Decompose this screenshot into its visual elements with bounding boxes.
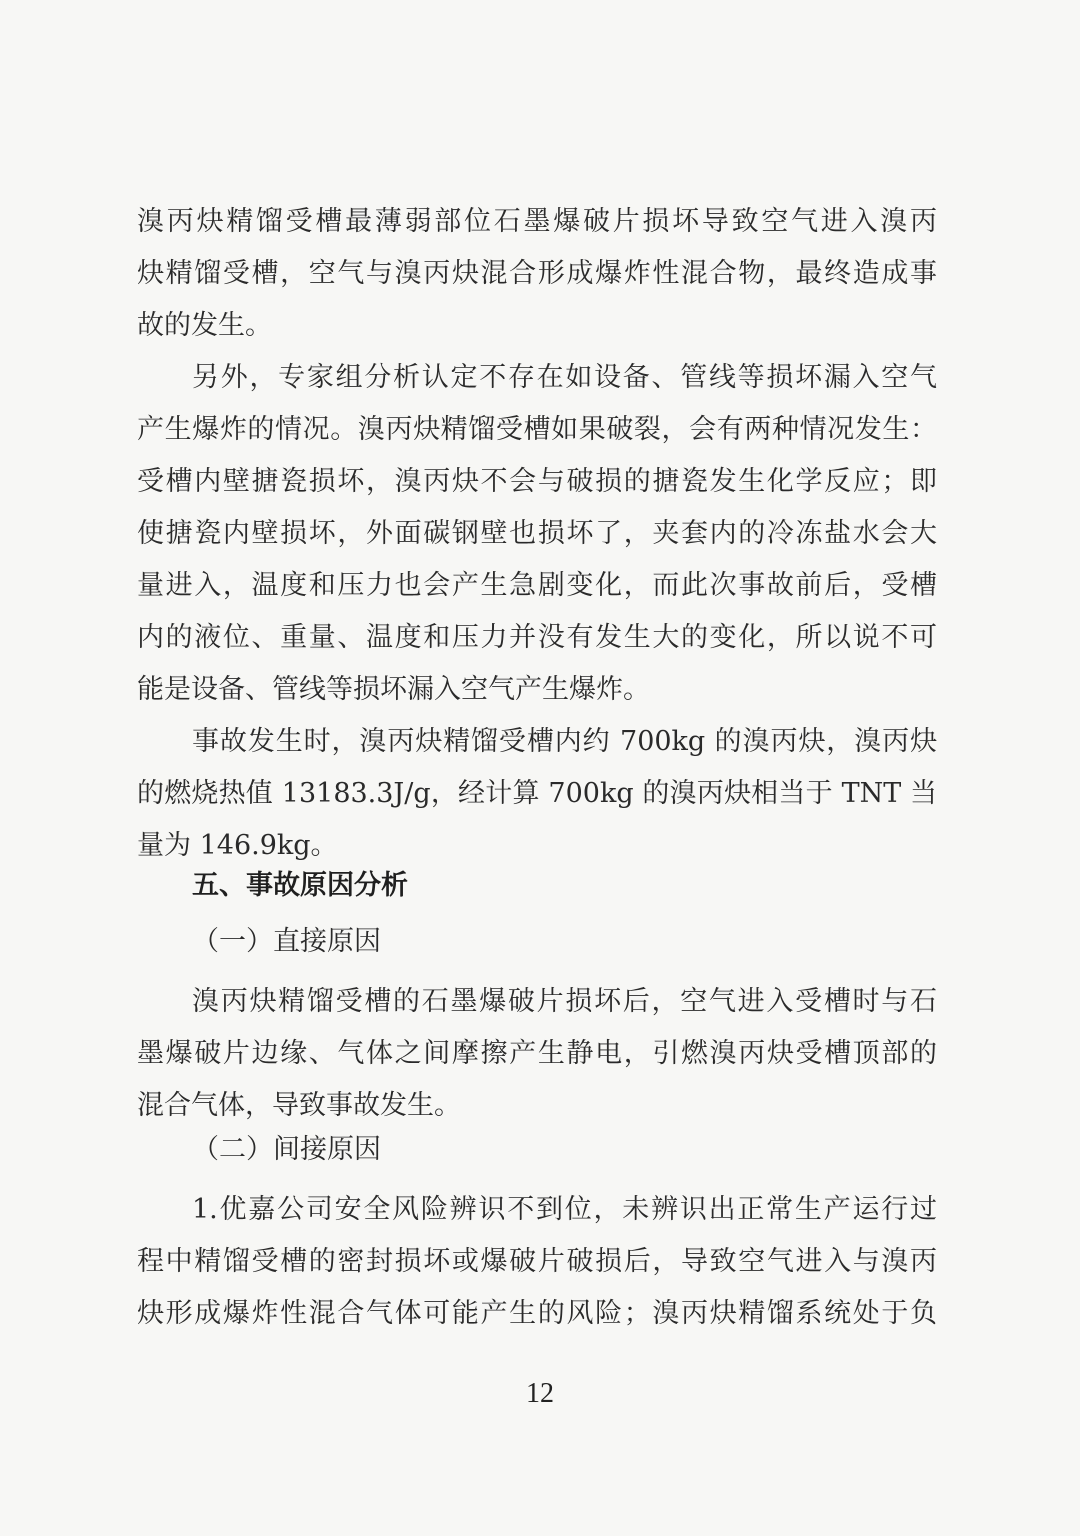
paragraph-3-line-3: 量为 146.9kg。: [137, 829, 937, 863]
paragraph-1-line-1: 溴丙炔精馏受槽最薄弱部位石墨爆破片损坏导致空气进入溴丙: [137, 205, 937, 239]
paragraph-2-line-2: 产生爆炸的情况。溴丙炔精馏受槽如果破裂，会有两种情况发生：: [137, 413, 937, 447]
direct-cause-line-3: 混合气体，导致事故发生。: [137, 1089, 937, 1123]
paragraph-2-line-3: 受槽内壁搪瓷损坏，溴丙炔不会与破损的搪瓷发生化学反应；即: [137, 465, 937, 499]
paragraph-1-line-3: 故的发生。: [137, 309, 937, 343]
direct-cause-heading: （一）直接原因: [192, 925, 381, 959]
indirect-cause-line-3: 炔形成爆炸性混合气体可能产生的风险；溴丙炔精馏系统处于负: [137, 1297, 937, 1331]
paragraph-2-line-1: 另外，专家组分析认定不存在如设备、管线等损坏漏入空气: [192, 361, 937, 395]
document-page: 溴丙炔精馏受槽最薄弱部位石墨爆破片损坏导致空气进入溴丙 炔精馏受槽，空气与溴丙炔…: [0, 0, 1080, 1536]
indirect-cause-heading: （二）间接原因: [192, 1133, 381, 1167]
paragraph-3-line-2: 的燃烧热值 13183.3J/g，经计算 700kg 的溴丙炔相当于 TNT 当: [137, 777, 937, 811]
direct-cause-line-2: 墨爆破片边缘、气体之间摩擦产生静电，引燃溴丙炔受槽顶部的: [137, 1037, 937, 1071]
page-number: 12: [0, 1378, 1080, 1410]
section-heading: 五、事故原因分析: [192, 869, 408, 903]
paragraph-2-line-4: 使搪瓷内壁损坏，外面碳钢壁也损坏了，夹套内的冷冻盐水会大: [137, 517, 937, 551]
paragraph-1-line-2: 炔精馏受槽，空气与溴丙炔混合形成爆炸性混合物，最终造成事: [137, 257, 937, 291]
indirect-cause-line-2: 程中精馏受槽的密封损坏或爆破片破损后，导致空气进入与溴丙: [137, 1245, 937, 1279]
paragraph-2-line-7: 能是设备、管线等损坏漏入空气产生爆炸。: [137, 673, 937, 707]
direct-cause-line-1: 溴丙炔精馏受槽的石墨爆破片损坏后，空气进入受槽时与石: [192, 985, 937, 1019]
paragraph-2-line-6: 内的液位、重量、温度和压力并没有发生大的变化，所以说不可: [137, 621, 937, 655]
indirect-cause-line-1: 1.优嘉公司安全风险辨识不到位，未辨识出正常生产运行过: [192, 1193, 937, 1227]
paragraph-2-line-5: 量进入，温度和压力也会产生急剧变化，而此次事故前后，受槽: [137, 569, 937, 603]
paragraph-3-line-1: 事故发生时，溴丙炔精馏受槽内约 700kg 的溴丙炔，溴丙炔: [192, 725, 937, 759]
